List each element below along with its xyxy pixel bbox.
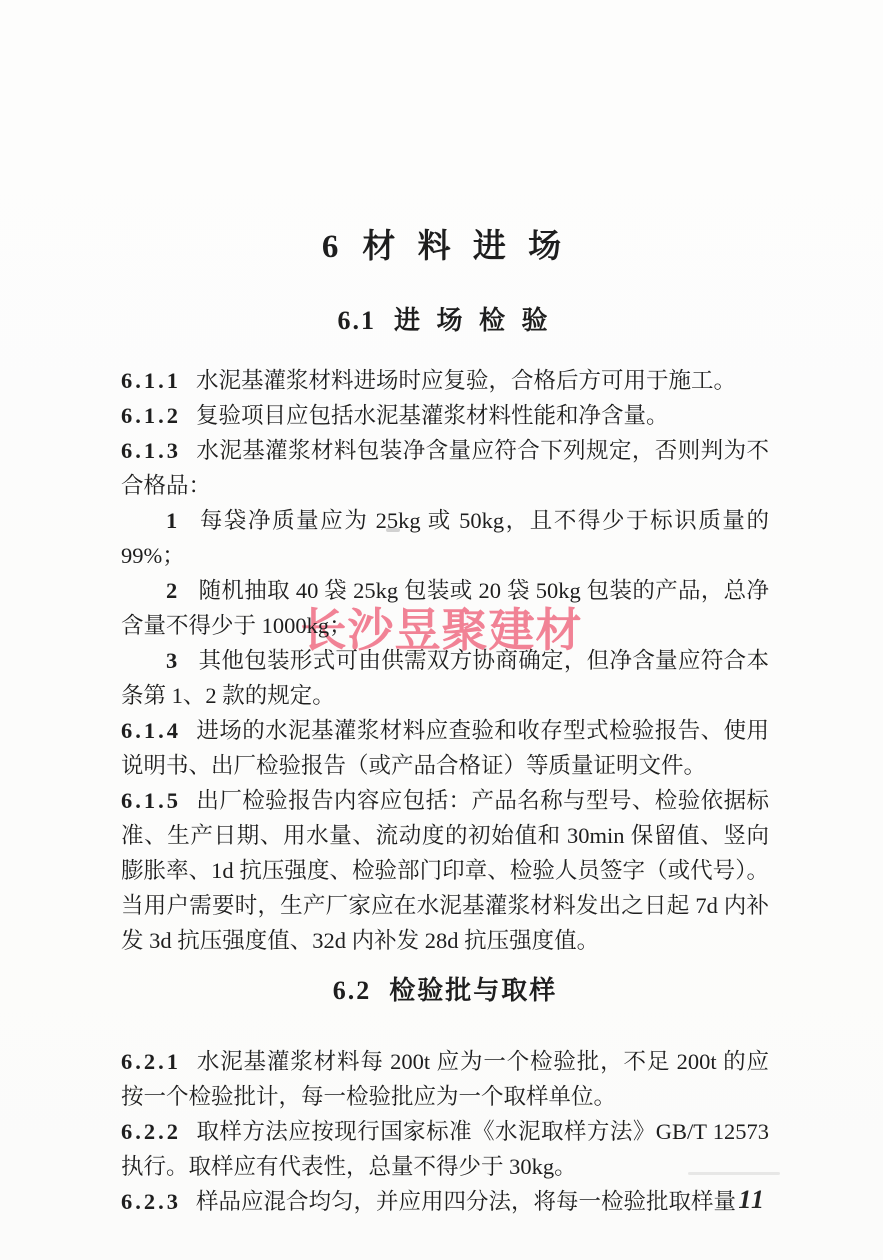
item-text: 每袋净质量应为 25kg 或 50kg，且不得少于标识质量的 99%；	[121, 508, 769, 568]
clause-6-1-4: 6.1.4进场的水泥基灌浆材料应查验和收存型式检验报告、使用说明书、出厂检验报告…	[121, 713, 769, 783]
clause-6-1-1: 6.1.1水泥基灌浆材料进场时应复验，合格后方可用于施工。	[121, 363, 769, 398]
clause-label: 6.1.4	[121, 718, 181, 743]
clause-text: 样品应混合均匀，并应用四分法，将每一检验批取样量	[196, 1189, 736, 1214]
section-title-text: 进 场 检 验	[394, 306, 553, 335]
item-number: 1	[166, 508, 177, 533]
document-page: 长沙昱聚建材 6材 料 进 场 6.1进 场 检 验 6.1.1水泥基灌浆材料进…	[0, 0, 883, 1260]
section-number: 6.1	[337, 306, 376, 335]
item-text: 随机抽取 40 袋 25kg 包装或 20 袋 50kg 包装的产品，总净含量不…	[121, 578, 769, 638]
page-number: 11	[738, 1185, 765, 1215]
clause-6-1-5: 6.1.5出厂检验报告内容应包括：产品名称与型号、检验依据标准、生产日期、用水量…	[121, 783, 769, 958]
clause-text: 出厂检验报告内容应包括：产品名称与型号、检验依据标准、生产日期、用水量、流动度的…	[121, 788, 769, 953]
clause-label: 6.1.1	[121, 368, 181, 393]
clause-6-2-1: 6.2.1水泥基灌浆材料每 200t 应为一个检验批，不足 200t 的应按一个…	[121, 1044, 769, 1114]
chapter-number: 6	[322, 229, 339, 265]
clause-6-1-2: 6.1.2复验项目应包括水泥基灌浆材料性能和净含量。	[121, 398, 769, 433]
clause-6-1-3: 6.1.3水泥基灌浆材料包装净含量应符合下列规定，否则判为不合格品：	[121, 433, 769, 503]
clause-label: 6.2.3	[121, 1189, 181, 1214]
section-title-6-2: 6.2检验批与取样	[121, 975, 769, 1007]
clause-text: 进场的水泥基灌浆材料应查验和收存型式检验报告、使用说明书、出厂检验报告（或产品合…	[121, 718, 769, 778]
clause-text: 复验项目应包括水泥基灌浆材料性能和净含量。	[196, 403, 669, 428]
list-item-2: 2随机抽取 40 袋 25kg 包装或 20 袋 50kg 包装的产品，总净含量…	[121, 573, 769, 643]
section-title-6-1: 6.1进 场 检 验	[121, 305, 769, 337]
clause-text: 水泥基灌浆材料进场时应复验，合格后方可用于施工。	[196, 368, 736, 393]
chapter-title: 6材 料 进 场	[121, 22, 769, 268]
clause-text: 取样方法应按现行国家标准《水泥取样方法》GB/T 12573 执行。取样应有代表…	[121, 1119, 769, 1179]
chapter-title-text: 材 料 进 场	[362, 229, 568, 265]
item-text: 其他包装形式可由供需双方协商确定，但净含量应符合本条第 1、2 款的规定。	[121, 648, 769, 708]
clause-6-2-3: 6.2.3样品应混合均匀，并应用四分法，将每一检验批取样量	[121, 1184, 769, 1219]
list-item-1: 1每袋净质量应为 25kg 或 50kg，且不得少于标识质量的 99%；	[121, 503, 769, 573]
section-6-1-body: 6.1.1水泥基灌浆材料进场时应复验，合格后方可用于施工。 6.1.2复验项目应…	[121, 363, 769, 958]
item-number: 3	[166, 648, 177, 673]
section-number: 6.2	[333, 976, 372, 1005]
clause-text: 水泥基灌浆材料包装净含量应符合下列规定，否则判为不合格品：	[121, 438, 769, 498]
clause-6-2-2: 6.2.2取样方法应按现行国家标准《水泥取样方法》GB/T 12573 执行。取…	[121, 1114, 769, 1184]
page-content: 6材 料 进 场 6.1进 场 检 验 6.1.1水泥基灌浆材料进场时应复验，合…	[121, 22, 769, 1219]
clause-label: 6.1.3	[121, 438, 181, 463]
list-item-3: 3其他包装形式可由供需双方协商确定，但净含量应符合本条第 1、2 款的规定。	[121, 643, 769, 713]
clause-label: 6.2.2	[121, 1119, 181, 1144]
clause-label: 6.1.5	[121, 788, 181, 813]
item-number: 2	[166, 578, 177, 603]
section-6-2-body: 6.2.1水泥基灌浆材料每 200t 应为一个检验批，不足 200t 的应按一个…	[121, 1044, 769, 1219]
clause-text: 水泥基灌浆材料每 200t 应为一个检验批，不足 200t 的应按一个检验批计，…	[121, 1049, 769, 1109]
section-title-text: 检验批与取样	[389, 976, 557, 1005]
clause-label: 6.2.1	[121, 1049, 181, 1074]
clause-label: 6.1.2	[121, 403, 181, 428]
